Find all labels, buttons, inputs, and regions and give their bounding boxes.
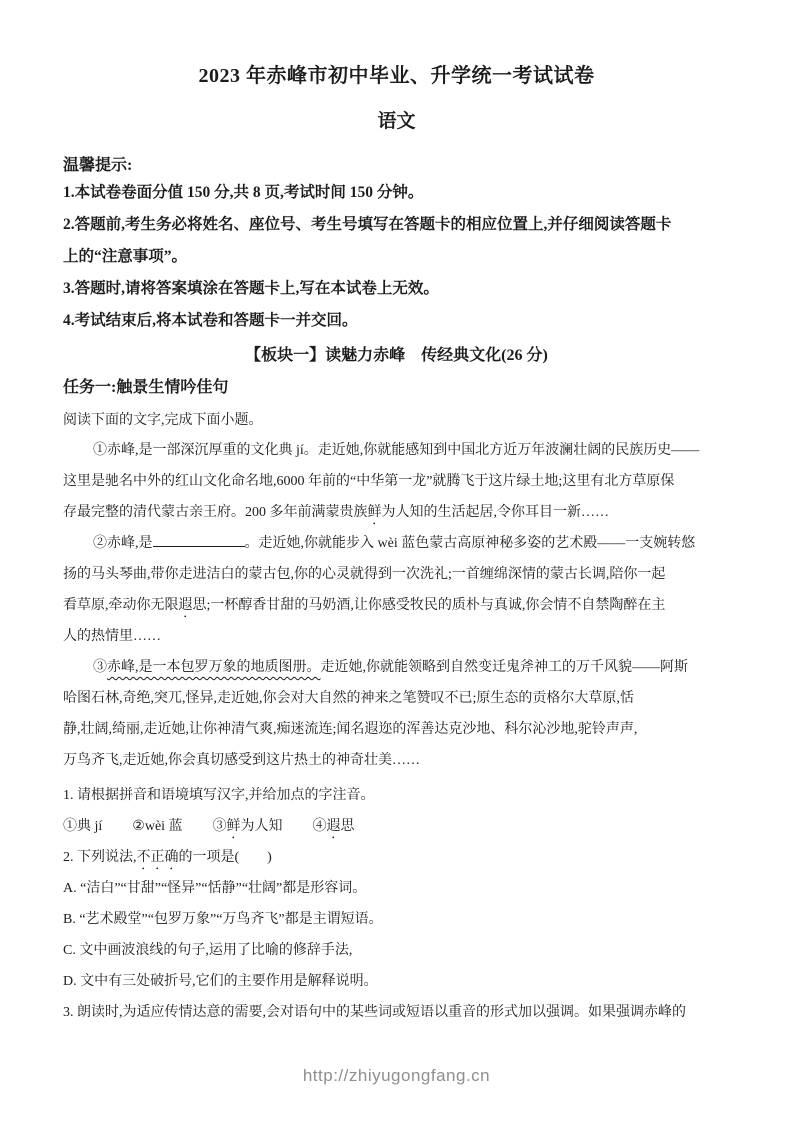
notice-line: 4.考试结束后,将本试卷和答题卡一并交回。 [63,305,730,337]
text-segment: 存最完整的清代蒙古亲王府。200 多年前满蒙贵族 [63,505,368,520]
text-dot: 遐 [327,819,341,834]
option-B: B. “艺术殿堂”“包罗万象”“万鸟齐飞”都是主谓短语。 [63,904,730,935]
text-segment: 万鸟齐飞,走近她,你会真切感受到这片热土的神奇壮美…… [63,753,420,768]
option-A: A. “洁白”“甘甜”“怪异”“恬静”“壮阔”都是形容词。 [63,873,730,904]
option-C: C. 文中画波浪线的句子,运用了比喻的修辞手法, [63,935,730,966]
text-segment: 这里是驰名中外的红山文化命名地,6000 年前的“中华第一龙”就腾飞于这片绿土地… [63,474,674,489]
passage-paragraph: ①赤峰,是一部深沉厚重的文化典 jí。走近她,你就能感知到中国北方近万年波澜壮阔… [63,435,730,528]
notice-line: 1.本试卷卷面分值 150 分,共 8 页,考试时间 150 分钟。 [63,177,730,209]
question-2-options: A. “洁白”“甘甜”“怪异”“恬静”“壮阔”都是形容词。B. “艺术殿堂”“包… [63,873,730,997]
paper-subject: 语文 [63,108,730,135]
text-segment: 静,壮阔,绮丽,走近她,让你神清气爽,痴迷流连;闻名遐迩的浑善达克沙地、科尔沁沙… [63,722,637,737]
passage-line: 哈图石林,奇绝,突兀,怪异,走近她,你会对大自然的神来之笔赞叹不已;原生态的贡格… [63,683,730,714]
notice-line: 3.答题时,请将答案填涂在答题卡上,写在本试卷上无效。 [63,273,730,305]
text-segment: ①赤峰,是一部深沉厚重的文化典 jí。走近她,你就能感知到中国北方近万年波澜壮阔… [93,443,699,458]
paper-title: 2023 年赤峰市初中毕业、升学统一考试试卷 [63,62,730,90]
passage-line: 看草原,牵动你无限遐思;一杯醇香甘甜的马奶酒,让你感受牧民的质朴与真诚,你会情不… [63,590,730,621]
passage-line: ③赤峰,是一本包罗万象的地质图册。走近她,你就能领略到自然变迁鬼斧神工的万千风貌… [63,652,730,683]
footer-url: http://zhiyugongfang.cn [0,1066,793,1086]
questions-section: 1. 请根据拼音和语境填写汉字,并给加点的字注音。 ①典 jí②wèi 蓝③鲜为… [63,780,730,1028]
text-blank [153,532,245,547]
passage-line: 扬的马头琴曲,带你走进洁白的蒙古包,你的心灵就得到一次洗礼;一首缠绵深情的蒙古长… [63,559,730,590]
notice-heading: 温馨提示: [63,155,730,177]
section-header: 【板块一】读魅力赤峰 传经典文化(26 分) [63,345,730,367]
passage-line: 这里是驰名中外的红山文化命名地,6000 年前的“中华第一龙”就腾飞于这片绿土地… [63,466,730,497]
text-segment: 哈图石林,奇绝,突兀,怪异,走近她,你会对大自然的神来之笔赞叹不已;原生态的贡格… [63,691,634,706]
pinyin-item: ④遐思 [313,819,355,834]
passage-line: 万鸟齐飞,走近她,你会真切感受到这片热土的神奇壮美…… [63,745,730,776]
text-segment: 的一项是( ) [179,850,272,865]
text-segment: ②赤峰,是 [93,536,153,551]
text-segment: 。走近她,你就能步入 wèi 蓝色蒙古高原神秘多姿的艺术殿——一支婉转悠 [245,536,696,551]
text-segment: ③ [213,819,227,834]
passage-line: 人的热情里…… [63,621,730,652]
text-segment: 扬的马头琴曲,带你走进洁白的蒙古包,你的心灵就得到一次洗礼;一首缠绵深情的蒙古长… [63,567,665,582]
notice-list: 1.本试卷卷面分值 150 分,共 8 页,考试时间 150 分钟。2.答题前,… [63,177,730,337]
text-segment: ①典 jí [63,819,102,834]
pinyin-item: ③鲜为人知 [213,819,283,834]
notice-line: 上的“注意事项”。 [63,241,730,273]
text-segment: ④ [313,819,327,834]
question-3: 3. 朗读时,为适应传情达意的需要,会对语句中的某些词或短语以重音的形式加以强调… [63,997,730,1028]
text-dot: 鲜 [227,819,241,834]
question-1-items: ①典 jí②wèi 蓝③鲜为人知④遐思 [63,811,730,842]
text-segment: 看草原,牵动你无限 [63,598,179,613]
passage-line: ①赤峰,是一部深沉厚重的文化典 jí。走近她,你就能感知到中国北方近万年波澜壮阔… [63,435,730,466]
reading-instruction: 阅读下面的文字,完成下面小题。 [63,411,730,431]
pinyin-item: ②wèi 蓝 [132,819,182,834]
text-segment: 思;一杯醇香甘甜的马奶酒,让你感受牧民的质朴与真诚,你会情不自禁陶醉在主 [193,598,666,613]
text-segment: 思 [341,819,355,834]
text-dot: 鲜 [368,505,382,520]
passage-paragraph: ③赤峰,是一本包罗万象的地质图册。走近她,你就能领略到自然变迁鬼斧神工的万千风貌… [63,652,730,776]
pinyin-item: ①典 jí [63,819,102,834]
reading-passage: ①赤峰,是一部深沉厚重的文化典 jí。走近她,你就能感知到中国北方近万年波澜壮阔… [63,435,730,776]
passage-line: ②赤峰,是。走近她,你就能步入 wèi 蓝色蒙古高原神秘多姿的艺术殿——一支婉转… [63,528,730,559]
passage-line: 存最完整的清代蒙古亲王府。200 多年前满蒙贵族鲜为人知的生活起居,令你耳目一新… [63,497,730,528]
notice-line: 2.答题前,考生务必将姓名、座位号、考生号填写在答题卡的相应位置上,并仔细阅读答… [63,209,730,241]
text-dot: 不正确 [137,850,179,865]
passage-line: 静,壮阔,绮丽,走近她,让你神清气爽,痴迷流连;闻名遐迩的浑善达克沙地、科尔沁沙… [63,714,730,745]
text-segment: ②wèi 蓝 [132,819,182,834]
text-dot: 遐 [179,598,193,613]
text-segment: 为人知的生活起居,令你耳目一新…… [382,505,610,520]
text-wavy: 赤峰,是一本包罗万象的地质图册。 [107,660,321,675]
task-header: 任务一:触景生情吟佳句 [63,377,730,399]
exam-paper-page: 2023 年赤峰市初中毕业、升学统一考试试卷 语文 温馨提示: 1.本试卷卷面分… [0,0,793,1122]
passage-paragraph: ②赤峰,是。走近她,你就能步入 wèi 蓝色蒙古高原神秘多姿的艺术殿——一支婉转… [63,528,730,652]
question-2: 2. 下列说法,不正确的一项是( ) [63,842,730,873]
text-segment: 人的热情里…… [63,629,161,644]
text-segment: ③ [93,660,107,675]
text-segment: 走近她,你就能领略到自然变迁鬼斧神工的万千风貌——阿斯 [321,660,689,675]
text-segment: 2. 下列说法, [63,850,137,865]
option-D: D. 文中有三处破折号,它们的主要作用是解释说明。 [63,966,730,997]
text-segment: 为人知 [241,819,283,834]
question-1: 1. 请根据拼音和语境填写汉字,并给加点的字注音。 [63,780,730,811]
